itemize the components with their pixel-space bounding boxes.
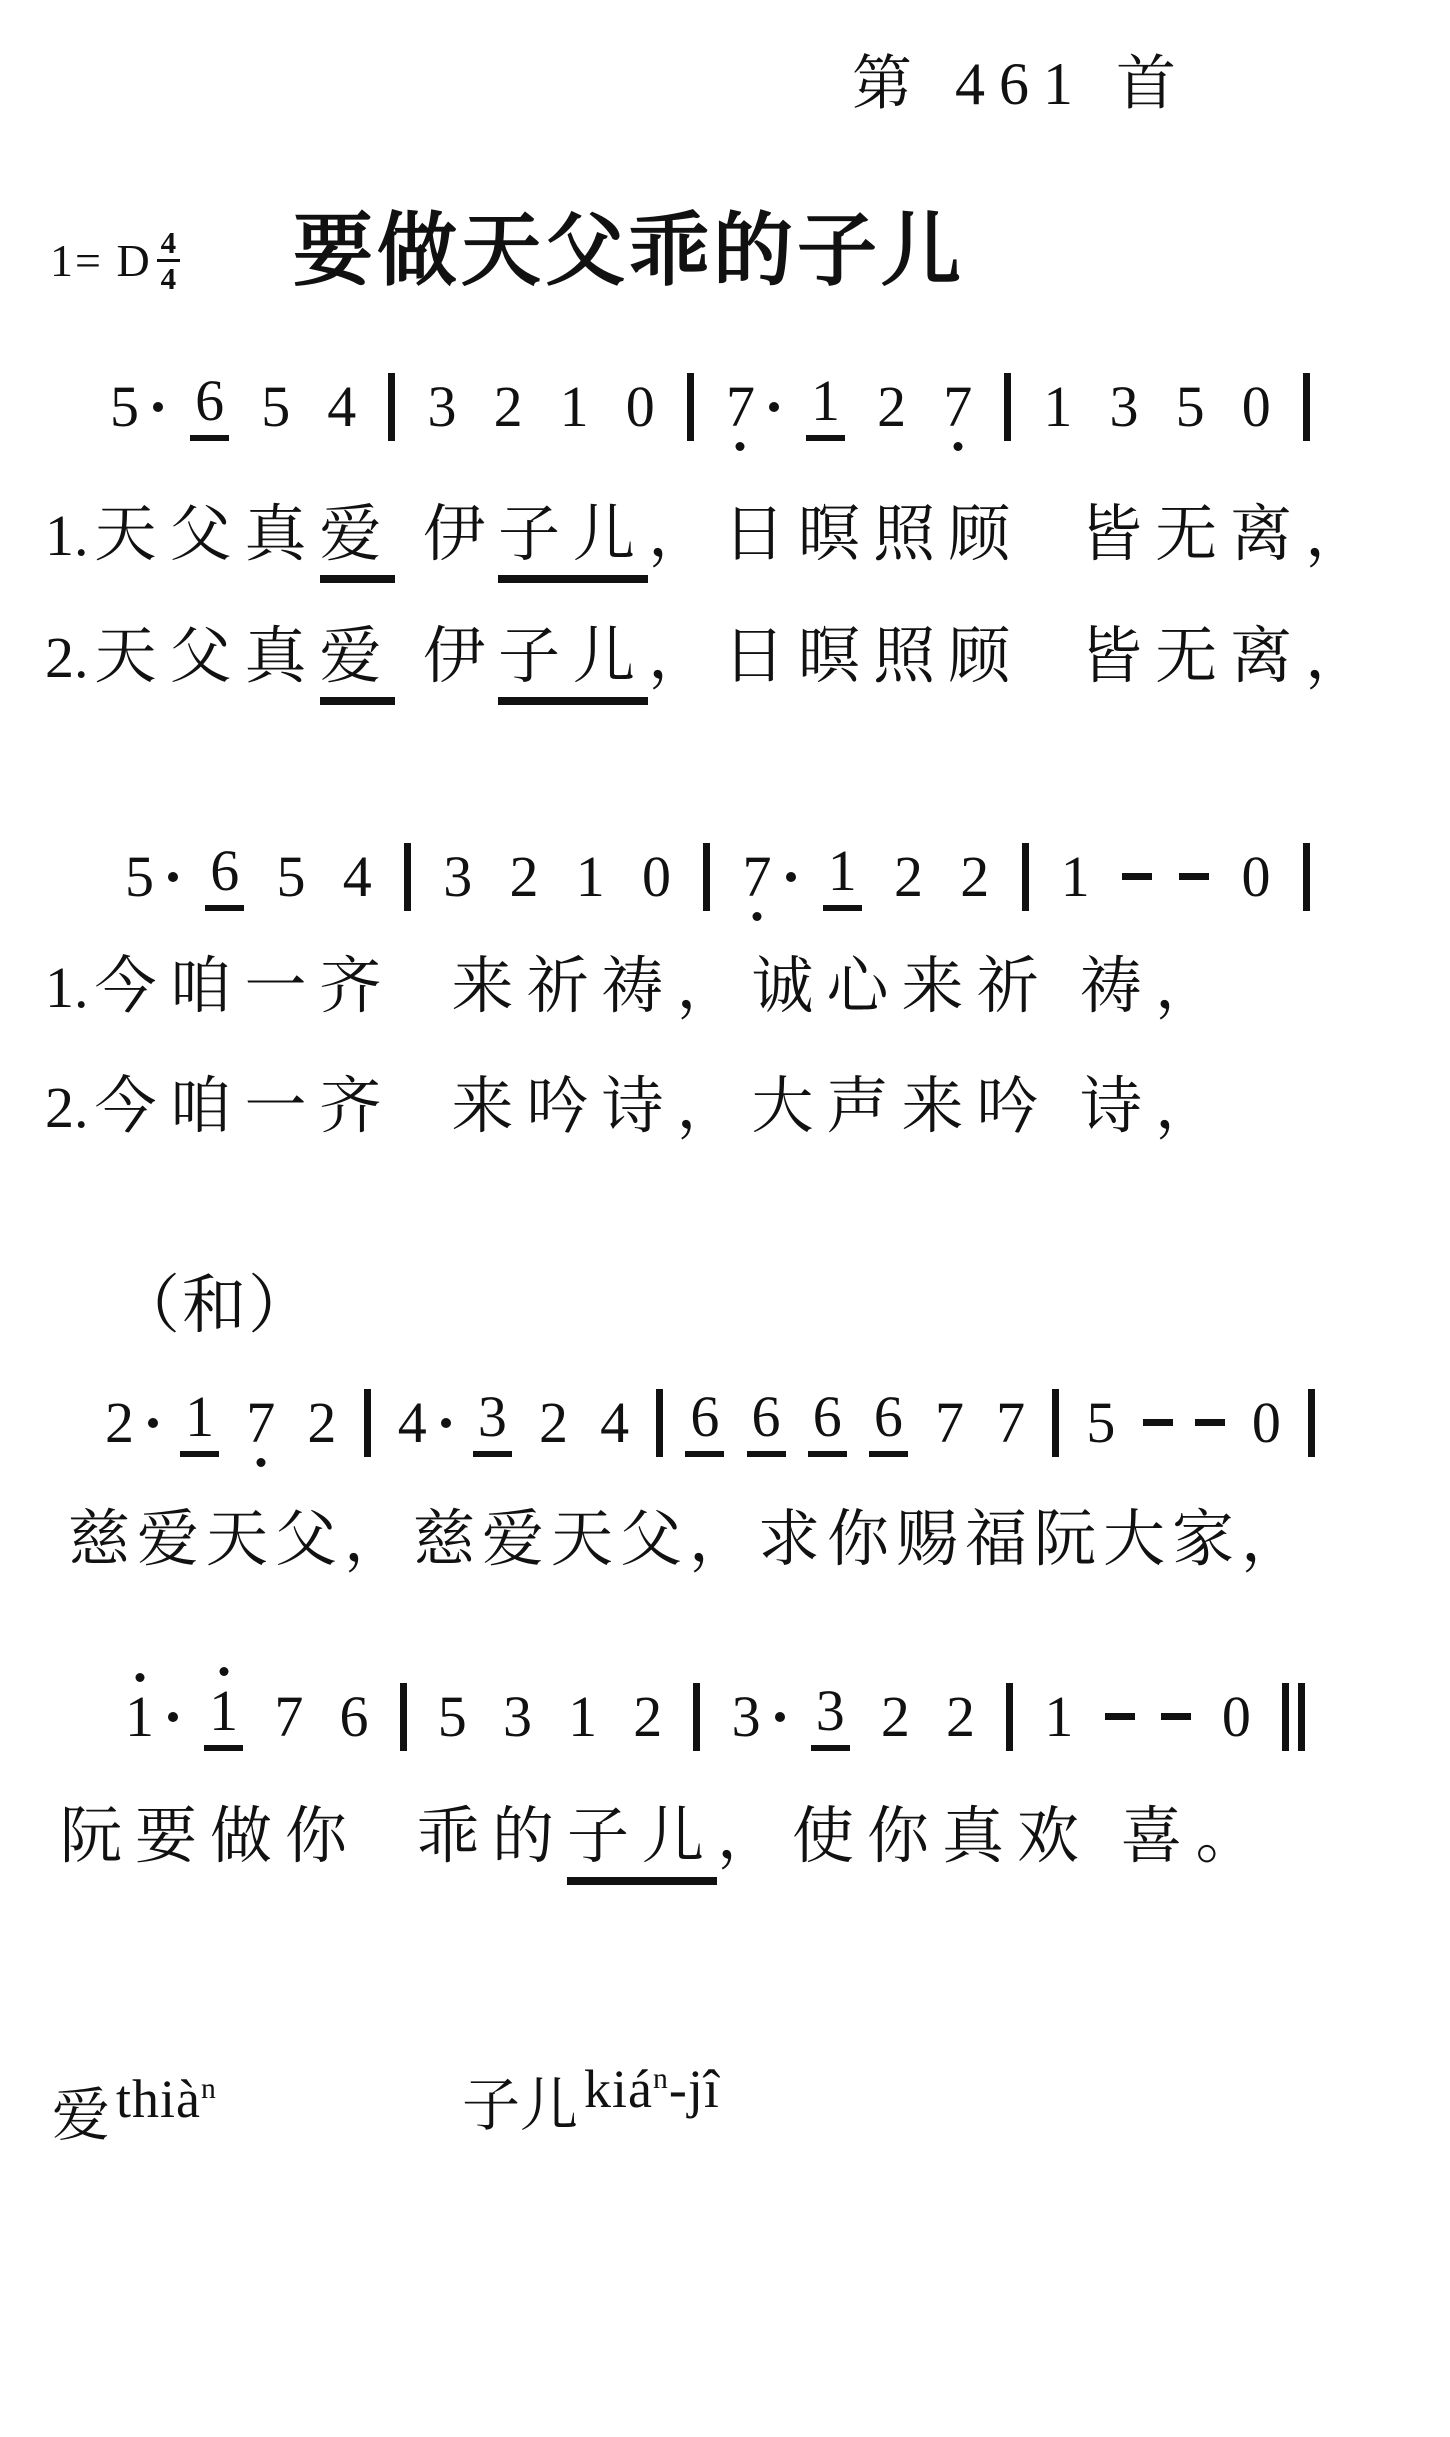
lyric-line-chorus-2: 阮要做你 乖的子儿，使你真欢 喜。	[60, 1802, 1271, 1873]
rest-note: 0	[637, 848, 676, 906]
barline	[1303, 843, 1310, 911]
barline	[687, 373, 694, 441]
final-barline	[1282, 1683, 1305, 1751]
verse-number: 1.	[45, 955, 89, 1020]
lyric-segment: ，日暝照顾 皆无离，	[648, 501, 1380, 569]
music-note: 1	[563, 1688, 602, 1746]
music-note: 4	[595, 1394, 634, 1452]
barline	[1004, 373, 1011, 441]
music-note: 4	[322, 378, 361, 436]
lyric-segment: 爱	[320, 501, 395, 583]
octave-dot-above	[135, 1673, 144, 1682]
barline	[1298, 1683, 1305, 1751]
lyric-line-verse2-b: 2.今咱一齐 来吟诗，大声来吟 诗，	[45, 1072, 1230, 1143]
held-dash	[1122, 873, 1152, 880]
hymn-sheet-page: 第 461 首 1= D 4 4 要做天父乖的子儿 56543210712713…	[0, 0, 1450, 2437]
music-note: 7	[738, 848, 796, 906]
music-note: 6	[205, 842, 244, 911]
music-note: 3	[422, 378, 461, 436]
music-note: 2	[505, 848, 544, 906]
lyric-line-verse1-b: 1.今咱一齐 来祈祷，诚心来祈 祷，	[45, 952, 1230, 1023]
key-signature-text: 1= D	[50, 234, 152, 287]
rest-note: 0	[621, 378, 660, 436]
barline	[1052, 1389, 1059, 1457]
music-note: 7	[991, 1394, 1030, 1452]
held-dash	[1143, 1419, 1173, 1426]
music-note: 6	[190, 372, 229, 441]
barline	[1006, 1683, 1013, 1751]
lyric-segment: ，使你真欢 喜。	[717, 1803, 1271, 1871]
rest-note: 0	[1237, 848, 1276, 906]
barline	[656, 1389, 663, 1457]
barline	[1022, 843, 1029, 911]
music-note: 1	[120, 1688, 178, 1746]
lyric-line-verse1-a: 1.天父真爱 伊子儿，日暝照顾 皆无离，	[45, 500, 1380, 571]
music-note: 3	[811, 1682, 850, 1751]
music-note: 2	[889, 848, 928, 906]
rhythm-dot	[168, 1712, 178, 1722]
music-note: 1	[806, 372, 845, 441]
annotation-romanization: kián-jî	[584, 2058, 720, 2120]
music-note: 1	[555, 378, 594, 436]
rhythm-dot	[769, 402, 779, 412]
octave-dot-below	[256, 1458, 265, 1467]
music-line-chorus-1: 2172432466667750	[100, 1388, 1315, 1457]
music-line-chorus-2: 11765312332210	[120, 1682, 1305, 1751]
verse-number: 2.	[45, 625, 89, 690]
barline	[1282, 1683, 1289, 1751]
annotation-hanzi: 子儿	[462, 2058, 578, 2142]
verse-number: 2.	[45, 1075, 89, 1140]
octave-dot-above	[219, 1667, 228, 1676]
music-note: 3	[727, 1688, 785, 1746]
music-note: 2	[876, 1688, 915, 1746]
music-note: 3	[498, 1688, 537, 1746]
lyric-segment: 天父真	[95, 501, 320, 569]
octave-dot-below	[753, 912, 762, 921]
rhythm-dot	[148, 1418, 158, 1428]
music-note: 6	[808, 1388, 847, 1457]
music-note: 3	[438, 848, 477, 906]
music-note: 6	[685, 1388, 724, 1457]
music-note: 6	[747, 1388, 786, 1457]
hymn-number: 第 461 首	[852, 36, 1190, 122]
time-signature-denominator: 4	[157, 259, 181, 295]
octave-dot-below	[953, 442, 962, 451]
lyric-line-chorus-1: 慈爱天父，慈爱天父，求你赐福阮大家，	[68, 1505, 1310, 1576]
music-line-verse-1: 5654321071271350	[105, 372, 1310, 441]
lyric-segment: ，日暝照顾 皆无离，	[648, 623, 1380, 691]
barline	[1308, 1389, 1315, 1457]
music-note: 1	[180, 1388, 219, 1457]
music-note: 7	[938, 378, 977, 436]
time-signature-numerator: 4	[157, 226, 181, 259]
music-note: 1	[1056, 848, 1095, 906]
music-note: 7	[269, 1688, 308, 1746]
music-note: 5	[105, 378, 163, 436]
music-note: 5	[256, 378, 295, 436]
barline	[404, 843, 411, 911]
pronunciation-note-ai: 爱thiàn	[52, 2068, 217, 2152]
song-title: 要做天父乖的子儿	[293, 186, 965, 301]
music-note: 1	[1039, 1688, 1078, 1746]
barline	[364, 1389, 371, 1457]
music-note: 5	[1081, 1394, 1120, 1452]
music-note: 3	[1105, 378, 1144, 436]
music-note: 2	[955, 848, 994, 906]
barline	[388, 373, 395, 441]
octave-dot-below	[736, 442, 745, 451]
lyric-segment: 子儿	[498, 623, 648, 705]
music-note: 3	[473, 1388, 512, 1457]
lyric-segment: 伊	[395, 501, 499, 569]
music-note: 5	[272, 848, 311, 906]
music-note: 1	[571, 848, 610, 906]
music-note: 2	[628, 1688, 667, 1746]
music-note: 7	[241, 1394, 280, 1452]
held-dash	[1195, 1419, 1225, 1426]
music-note: 5	[433, 1688, 472, 1746]
music-note: 2	[302, 1394, 341, 1452]
rest-note: 0	[1247, 1394, 1286, 1452]
music-line-verse-2: 56543210712210	[120, 842, 1310, 911]
held-dash	[1105, 1713, 1135, 1720]
barline	[1303, 373, 1310, 441]
music-note: 2	[534, 1394, 573, 1452]
chorus-marker: （和）	[116, 1254, 314, 1346]
held-dash	[1179, 873, 1209, 880]
lyric-segment: 爱	[320, 623, 395, 705]
music-note: 5	[120, 848, 178, 906]
lyric-segment: 子儿	[498, 501, 648, 583]
music-note: 7	[721, 378, 779, 436]
music-note: 2	[489, 378, 528, 436]
rhythm-dot	[168, 872, 178, 882]
lyric-segment: 天父真	[95, 623, 320, 691]
lyric-line-verse2-a: 2.天父真爱 伊子儿，日暝照顾 皆无离，	[45, 622, 1380, 693]
music-note: 5	[1171, 378, 1210, 436]
rhythm-dot	[441, 1418, 451, 1428]
barline	[400, 1683, 407, 1751]
annotation-hanzi: 爱	[52, 2068, 110, 2152]
music-note: 4	[393, 1394, 451, 1452]
music-note: 1	[204, 1682, 243, 1751]
music-note: 2	[941, 1688, 980, 1746]
music-note: 6	[334, 1688, 373, 1746]
rest-note: 0	[1217, 1688, 1256, 1746]
music-note: 2	[872, 378, 911, 436]
annotation-romanization: thiàn	[116, 2068, 217, 2130]
barline	[693, 1683, 700, 1751]
music-note: 7	[930, 1394, 969, 1452]
key-signature: 1= D 4 4	[50, 226, 180, 295]
rhythm-dot	[786, 872, 796, 882]
time-signature: 4 4	[157, 226, 181, 295]
lyric-segment: 今咱一齐 来吟诗，大声来吟 诗，	[95, 1073, 1231, 1141]
rhythm-dot	[153, 402, 163, 412]
music-note: 2	[100, 1394, 158, 1452]
barline	[703, 843, 710, 911]
lyric-segment: 子儿	[567, 1803, 717, 1885]
music-note: 4	[338, 848, 377, 906]
rhythm-dot	[775, 1712, 785, 1722]
held-dash	[1161, 1713, 1191, 1720]
lyric-segment: 今咱一齐 来祈祷，诚心来祈 祷，	[95, 953, 1231, 1021]
lyric-segment: 慈爱天父，慈爱天父，求你赐福阮大家，	[68, 1506, 1310, 1574]
rest-note: 0	[1237, 378, 1276, 436]
music-note: 1	[1038, 378, 1077, 436]
music-note: 6	[869, 1388, 908, 1457]
music-note: 1	[823, 842, 862, 911]
lyric-segment: 阮要做你 乖的	[60, 1803, 567, 1871]
pronunciation-note-kian-ji: 子儿kián-jî	[462, 2058, 720, 2142]
verse-number: 1.	[45, 503, 89, 568]
lyric-segment: 伊	[395, 623, 499, 691]
